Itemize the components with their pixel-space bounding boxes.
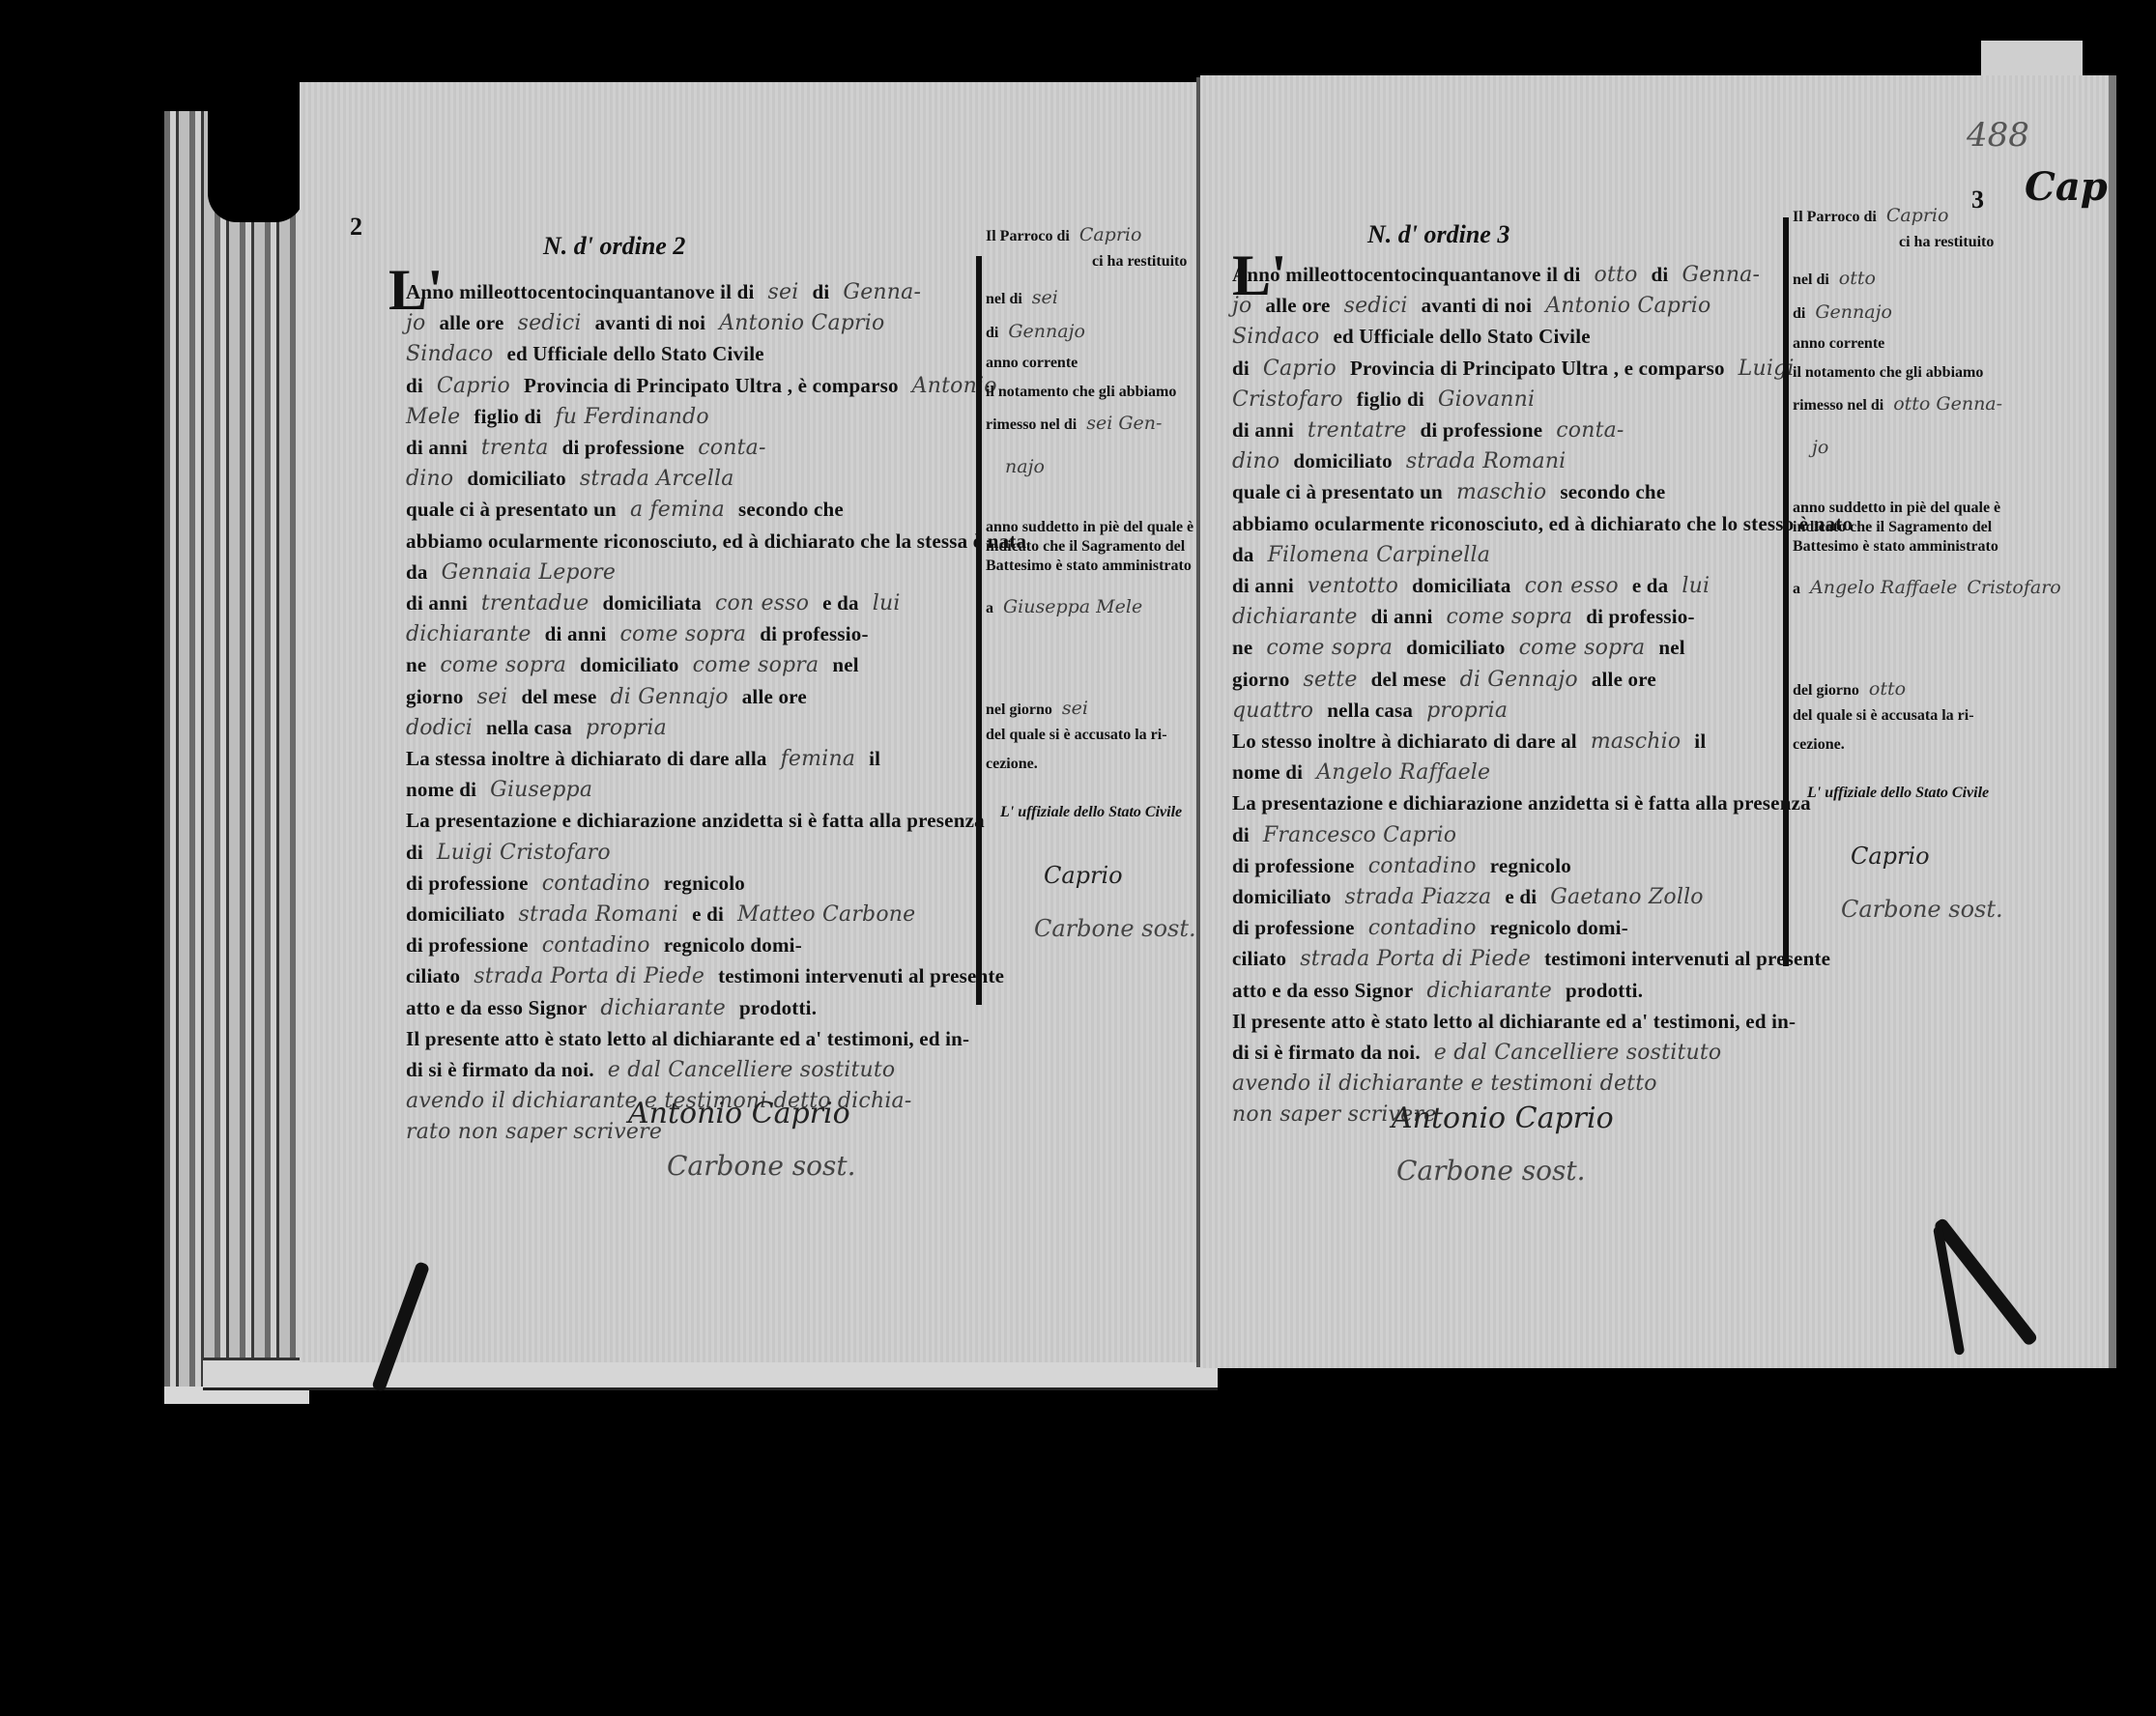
printed-text: ci ha restituito (1899, 234, 1994, 250)
printed-text: alle ore (439, 311, 503, 334)
record-line: di annitrentadi professioneconta- (406, 436, 971, 460)
right-folio-ink: Cap (2025, 164, 2108, 210)
side-column-line: del quale si è accusata la ri- (1793, 707, 1984, 725)
side-column-line: anno suddetto in piè del quale è (1793, 500, 2010, 517)
side-column-line: ci ha restituito (1092, 253, 1196, 271)
record-line: nome diGiuseppa (406, 778, 971, 802)
right-folio-pencil: 488 (1967, 116, 2029, 155)
record-line: joalle oresediciavanti di noiAntonio Cap… (1232, 294, 1778, 318)
printed-text: di (1232, 357, 1250, 380)
handwritten-entry: contadino (1368, 854, 1477, 878)
handwritten-entry: come sopra (440, 653, 566, 677)
printed-text: Provincia di Principato Ultra , è compar… (524, 374, 899, 397)
printed-text: atto e da esso Signor (1232, 979, 1413, 1002)
printed-text: di si è firmato da noi. (406, 1058, 594, 1081)
handwritten-entry: conta- (1556, 418, 1624, 443)
handwritten-entry: otto (1839, 268, 1876, 289)
side-column-line: nel disei (986, 287, 1068, 308)
record-line: di si è firmato da noi.e dal Cancelliere… (406, 1058, 971, 1082)
printed-text: di professione (406, 933, 529, 957)
side-column-line: najo (1005, 456, 1054, 477)
printed-text: di professione (562, 436, 685, 459)
printed-text: di anni (406, 436, 468, 459)
handwritten-entry: trentatre (1308, 418, 1407, 443)
printed-text: nella casa (1327, 699, 1413, 722)
handwritten-entry: di Gennajo (1460, 668, 1578, 692)
printed-text: da (406, 560, 428, 584)
record-line: Anno milleottocentocinquantanove il diot… (1232, 263, 1778, 287)
printed-text: a (1793, 581, 1800, 597)
left-page-number: 2 (350, 213, 362, 242)
handwritten-entry: najo (1005, 456, 1045, 477)
printed-text: La presentazione e dichiarazione anzidet… (406, 809, 985, 832)
printed-text: indicato che il Sagramento del (986, 538, 1185, 555)
handwritten-entry: con esso (715, 591, 809, 615)
printed-text: di (1652, 263, 1669, 286)
handwritten-entry: con esso (1525, 574, 1619, 598)
right-signature-cancelliere: Carbone sost. (1396, 1155, 1586, 1187)
printed-text: Il presente atto è stato letto al dichia… (1232, 1010, 1796, 1033)
handwritten-entry: di Gennajo (611, 685, 729, 709)
record-line: ciliatostrada Porta di Piedetestimoni in… (406, 964, 971, 988)
handwritten-entry: strada Porta di Piede (1300, 947, 1531, 971)
handwritten-entry: fu Ferdinando (555, 405, 708, 429)
printed-text: domiciliato (1232, 885, 1332, 908)
side-column-line: del quale si è accusato la ri- (986, 727, 1177, 744)
printed-text: il (1694, 729, 1706, 753)
printed-text: anno corrente (1793, 335, 1884, 352)
handwritten-entry: Caprio (1263, 357, 1337, 381)
side-column-line: anno corrente (1793, 335, 1894, 353)
handwritten-entry: sei (1032, 287, 1058, 308)
handwritten-entry: Sindaco (1232, 325, 1319, 349)
right-order-number: N. d' ordine 3 (1367, 220, 1509, 249)
record-line: domiciliatostrada Piazzae diGaetano Zoll… (1232, 885, 1778, 909)
record-line: diLuigi Cristofaro (406, 841, 971, 865)
printed-text: domiciliato (467, 467, 566, 490)
printed-text: anno suddetto in piè del quale è (986, 519, 1193, 535)
handwritten-entry: rato non saper scrivere (406, 1120, 662, 1144)
side-column-line: indicato che il Sagramento del (1793, 519, 2001, 536)
record-line: Il presente atto è stato letto al dichia… (1232, 1010, 1778, 1034)
side-column-line: diGennajo (1793, 301, 1902, 323)
handwritten-entry: Angelo Raffaele (1316, 760, 1490, 785)
printed-text: quale ci à presentato un (406, 498, 617, 521)
handwritten-entry: Gaetano Zollo (1550, 885, 1704, 909)
printed-text: di (813, 280, 830, 303)
record-line: La stessa inoltre à dichiarato di dare a… (406, 747, 971, 771)
printed-text: L' uffiziale dello Stato Civile (1807, 785, 1989, 801)
printed-text: domiciliata (602, 591, 702, 615)
printed-text: indicato che il Sagramento del (1793, 519, 1992, 535)
printed-text: secondo che (738, 498, 844, 521)
handwritten-entry: sei (768, 280, 799, 304)
handwritten-entry: conta- (698, 436, 765, 460)
handwritten-entry: contadino (542, 872, 650, 896)
handwritten-entry: sette (1304, 668, 1358, 692)
handwritten-entry: e dal Cancelliere sostituto (608, 1058, 896, 1082)
printed-text: di anni (1232, 574, 1294, 597)
printed-text: atto e da esso Signor (406, 996, 587, 1019)
handwritten-entry: strada Piazza (1345, 885, 1492, 909)
record-line: di professionecontadinoregnicolo (406, 872, 971, 896)
printed-text: prodotti. (739, 996, 817, 1019)
left-column-divider (976, 256, 982, 1005)
record-line: Cristofarofiglio diGiovanni (1232, 387, 1778, 412)
record-line: dichiarantedi annicome sopradi professio… (1232, 605, 1778, 629)
printed-text: di anni (1371, 605, 1433, 628)
printed-text: La presentazione e dichiarazione anzidet… (1232, 791, 1811, 815)
printed-text: il (869, 747, 880, 770)
side-signature: Carbone sost. (1841, 896, 2003, 923)
handwritten-entry: avendo il dichiarante e testimoni detto (1232, 1072, 1657, 1096)
side-column-line: Il Parroco diCaprio (986, 224, 1151, 245)
record-line: Anno milleottocentocinquantanove il dise… (406, 280, 971, 304)
printed-text: di si è firmato da noi. (1232, 1041, 1421, 1064)
printed-text: e di (1505, 885, 1537, 908)
handwritten-entry: contadino (1368, 916, 1477, 940)
handwritten-entry: Gennaia Lepore (442, 560, 617, 585)
handwritten-entry: dichiarante (406, 622, 532, 646)
printed-text: ed Ufficiale dello Stato Civile (1333, 325, 1590, 348)
page-tab (1981, 41, 2083, 79)
record-line: dinodomiciliatostrada Romani (1232, 449, 1778, 473)
handwritten-entry: Antonio (912, 374, 997, 398)
printed-text: secondo che (1560, 480, 1665, 503)
printed-text: domiciliato (406, 902, 505, 926)
handwritten-entry: sedici (518, 311, 582, 335)
printed-text: prodotti. (1566, 979, 1643, 1002)
printed-text: di professione (1232, 854, 1355, 877)
handwritten-entry: Luigi Cristofaro (437, 841, 611, 865)
printed-text: figlio di (1357, 387, 1424, 411)
printed-text: di professione (1232, 916, 1355, 939)
printed-text: di (1793, 305, 1805, 322)
handwritten-entry: propria (586, 716, 667, 740)
left-signature-sindaco: Antonio Caprio (628, 1097, 850, 1130)
record-line: domiciliatostrada Romanie diMatteo Carbo… (406, 902, 971, 927)
printed-text: avanti di noi (1422, 294, 1533, 317)
handwritten-entry: Genna- (1682, 263, 1760, 287)
printed-text: quale ci à presentato un (1232, 480, 1443, 503)
side-column-line: Battesimo è stato amministrato (986, 558, 1201, 575)
side-signature: Carbone sost. (1034, 915, 1196, 942)
handwritten-entry: dino (406, 467, 453, 491)
printed-text: di (406, 841, 423, 864)
printed-text: ciliato (406, 964, 460, 987)
handwritten-entry: Gennajo (1815, 301, 1892, 323)
handwritten-entry: come sopra (693, 653, 819, 677)
handwritten-entry: Antonio Caprio (719, 311, 884, 335)
printed-text: di anni (406, 591, 468, 615)
printed-text: domiciliato (1293, 449, 1393, 472)
record-line: dinodomiciliatostrada Arcella (406, 467, 971, 491)
printed-text: nella casa (486, 716, 572, 739)
handwritten-entry: propria (1426, 699, 1508, 723)
printed-text: alle ore (1265, 294, 1330, 317)
side-column-line: cezione. (1793, 736, 1854, 754)
handwritten-entry: lui (873, 591, 901, 615)
printed-text: domiciliata (1412, 574, 1511, 597)
side-column-line: anno corrente (986, 355, 1087, 372)
handwritten-entry: Genna- (843, 280, 921, 304)
printed-text: di professio- (1586, 605, 1694, 628)
handwritten-entry: Matteo Carbone (737, 902, 915, 927)
printed-text: cezione. (986, 756, 1038, 772)
printed-text: rimesso nel di (1793, 397, 1883, 414)
printed-text: abbiamo ocularmente riconosciuto, ed à d… (1232, 512, 1853, 535)
printed-text: di professione (1421, 418, 1543, 442)
printed-text: del quale si è accusato la ri- (986, 727, 1167, 743)
handwritten-entry: a femina (630, 498, 725, 522)
printed-text: alle ore (1592, 668, 1656, 691)
printed-text: testimoni intervenuti al presente (718, 964, 1004, 987)
handwritten-entry: Caprio (1886, 205, 1949, 226)
handwritten-entry: e dal Cancelliere sostituto (1434, 1041, 1722, 1065)
printed-text: di professione (406, 872, 529, 895)
handwritten-entry: lui (1682, 574, 1710, 598)
printed-text: nel di (986, 291, 1022, 307)
printed-text: ciliato (1232, 947, 1286, 970)
printed-text: giorno (406, 685, 464, 708)
side-column-line: Il Parroco diCaprio (1793, 205, 1958, 226)
book-bottom-edge (203, 1358, 1218, 1390)
printed-text: di anni (545, 622, 607, 645)
printed-text: del giorno (1793, 682, 1859, 699)
record-line: Il presente atto è stato letto al dichia… (406, 1027, 971, 1051)
printed-text: domiciliato (1406, 636, 1506, 659)
printed-text: anno corrente (986, 355, 1078, 371)
side-column-line: del giornootto (1793, 678, 1915, 700)
printed-text: Provincia di Principato Ultra , e compar… (1350, 357, 1725, 380)
right-signature-sindaco: Antonio Caprio (1392, 1101, 1614, 1135)
handwritten-entry: quattro (1232, 699, 1313, 723)
printed-text: ci ha restituito (1092, 253, 1187, 270)
printed-text: del mese (1371, 668, 1447, 691)
handwritten-entry: dichiarante (600, 996, 726, 1020)
handwritten-entry: come sopra (1446, 605, 1572, 629)
handwritten-entry: dichiarante (1426, 979, 1552, 1003)
printed-text: giorno (1232, 668, 1290, 691)
handwritten-entry: Antonio Caprio (1545, 294, 1710, 318)
printed-text: Lo stesso inoltre à dichiarato di dare a… (1232, 729, 1577, 753)
printed-text: nel (832, 653, 858, 676)
printed-text: Anno milleottocentocinquantanove il di (406, 280, 755, 303)
printed-text: di (1232, 823, 1250, 846)
side-column-line: jo (1812, 437, 1838, 458)
printed-text: e di (692, 902, 724, 926)
record-line: joalle oresediciavanti di noiAntonio Cap… (406, 311, 971, 335)
handwritten-entry: otto Genna- (1893, 393, 2002, 415)
side-column-line: cezione. (986, 756, 1048, 773)
handwritten-entry: Francesco Caprio (1263, 823, 1456, 847)
handwritten-entry: sedici (1344, 294, 1408, 318)
record-line: daGennaia Lepore (406, 560, 971, 585)
printed-text: e da (1632, 574, 1669, 597)
side-column-line: diGennajo (986, 321, 1095, 342)
printed-text: regnicolo (664, 872, 745, 895)
record-line: necome sopradomiciliatocome sopranel (1232, 636, 1778, 660)
printed-text: L' uffiziale dello Stato Civile (1000, 804, 1182, 820)
handwritten-entry: strada Porta di Piede (474, 964, 704, 988)
side-column-line: indicato che il Sagramento del (986, 538, 1194, 556)
printed-text: Battesimo è stato amministrato (986, 558, 1192, 574)
handwritten-entry: trenta (481, 436, 549, 460)
record-line: Lo stesso inoltre à dichiarato di dare a… (1232, 729, 1778, 754)
printed-text: nel giorno (986, 701, 1052, 718)
handwritten-entry: Gennajo (1008, 321, 1085, 342)
printed-text: di anni (1232, 418, 1294, 442)
record-line: giornoseidel mesedi Gennajoalle ore (406, 685, 971, 709)
printed-text: ne (1232, 636, 1252, 659)
printed-text: ne (406, 653, 426, 676)
printed-text: il notamento che gli abbiamo (1793, 364, 1983, 381)
record-line: quattronella casapropria (1232, 699, 1778, 723)
printed-text: cezione. (1793, 736, 1845, 753)
side-column-line: ci ha restituito (1899, 234, 2003, 251)
left-order-number: N. d' ordine 2 (543, 232, 685, 261)
record-line: Sindacoed Ufficiale dello Stato Civile (406, 342, 971, 366)
record-line: quale ci à presentato unmaschiosecondo c… (1232, 480, 1778, 504)
record-line: di anniventottodomiciliatacon essoe dalu… (1232, 574, 1778, 598)
printed-text: a (986, 600, 993, 616)
printed-text: del mese (522, 685, 597, 708)
printed-text: Il Parroco di (986, 228, 1070, 244)
record-line: abbiamo ocularmente riconosciuto, ed à d… (406, 529, 971, 554)
handwritten-entry: ventotto (1308, 574, 1398, 598)
right-column-divider (1783, 217, 1789, 966)
side-column-line: Battesimo è stato amministrato (1793, 538, 2008, 556)
handwritten-entry: sei Gen- (1086, 413, 1162, 434)
record-line: necome sopradomiciliatocome sopranel (406, 653, 971, 677)
record-line: La presentazione e dichiarazione anzidet… (406, 809, 971, 833)
side-column-line: il notamento che gli abbiamo (1793, 364, 1993, 382)
handwritten-entry: Caprio (437, 374, 510, 398)
side-column-line: rimesso nel diotto Genna- (1793, 393, 2012, 415)
side-column-line: il notamento che gli abbiamo (986, 384, 1186, 401)
printed-text: Anno milleottocentocinquantanove il di (1232, 263, 1581, 286)
printed-text: da (1232, 543, 1254, 566)
record-line: di professionecontadinoregnicolo domi- (1232, 916, 1778, 940)
record-line: Sindacoed Ufficiale dello Stato Civile (1232, 325, 1778, 349)
handwritten-entry: Giuseppa (490, 778, 592, 802)
record-line: di professionecontadinoregnicolo domi- (406, 933, 971, 958)
record-line: ciliatostrada Porta di Piedetestimoni in… (1232, 947, 1778, 971)
handwritten-entry: otto (1595, 263, 1638, 287)
handwritten-entry: Sindaco (406, 342, 493, 366)
handwritten-entry: maschio (1591, 729, 1681, 754)
printed-text: ed Ufficiale dello Stato Civile (506, 342, 763, 365)
record-line: La presentazione e dichiarazione anzidet… (1232, 791, 1778, 815)
printed-text: nel di (1793, 272, 1829, 288)
side-signature: Caprio (1044, 862, 1123, 889)
record-line: Melefiglio difu Ferdinando (406, 405, 971, 429)
handwritten-entry: Cristofaro (1232, 387, 1343, 412)
record-line: daFilomena Carpinella (1232, 543, 1778, 567)
handwritten-entry: Cristofaro (1967, 577, 2060, 598)
printed-text: nel (1658, 636, 1684, 659)
record-line: di annitrentaduedomiciliatacon essoe dal… (406, 591, 971, 615)
record-line: giornosettedel mesedi Gennajoalle ore (1232, 668, 1778, 692)
side-column-line: L' uffiziale dello Stato Civile (1000, 804, 1192, 821)
printed-text: domiciliato (580, 653, 679, 676)
printed-text: di (406, 374, 423, 397)
handwritten-entry: Caprio (1079, 224, 1142, 245)
side-column-line: aGiuseppa Mele (986, 596, 1152, 617)
record-line: quale ci à presentato una feminasecondo … (406, 498, 971, 522)
handwritten-entry: dino (1232, 449, 1279, 473)
record-line: diCaprioProvincia di Principato Ultra , … (1232, 357, 1778, 381)
handwritten-entry: contadino (542, 933, 650, 958)
handwritten-entry: Giuseppa Mele (1003, 596, 1142, 617)
side-column-line: nel giornosei (986, 698, 1098, 719)
record-line: diCaprioProvincia di Principato Ultra , … (406, 374, 971, 398)
printed-text: abbiamo ocularmente riconosciuto, ed à d… (406, 529, 1026, 553)
printed-text: alle ore (742, 685, 807, 708)
handwritten-entry: strada Arcella (580, 467, 734, 491)
book-page-stack (164, 111, 309, 1404)
handwritten-entry: dodici (406, 716, 473, 740)
printed-text: nome di (406, 778, 476, 801)
record-line: di si è firmato da noi.e dal Cancelliere… (1232, 1041, 1778, 1065)
printed-text: regnicolo domi- (1490, 916, 1628, 939)
record-line: diFrancesco Caprio (1232, 823, 1778, 847)
handwritten-entry: Angelo Raffaele (1810, 577, 1957, 598)
handwritten-entry: sei (1062, 698, 1088, 719)
record-line: dodicinella casapropria (406, 716, 971, 740)
printed-text: Il presente atto è stato letto al dichia… (406, 1027, 969, 1050)
printed-text: e da (822, 591, 859, 615)
printed-text: rimesso nel di (986, 416, 1077, 433)
printed-text: Battesimo è stato amministrato (1793, 538, 1998, 555)
record-line: nome diAngelo Raffaele (1232, 760, 1778, 785)
printed-text: nome di (1232, 760, 1303, 784)
handwritten-entry: trentadue (481, 591, 589, 615)
record-line: avendo il dichiarante e testimoni detto (1232, 1072, 1778, 1096)
handwritten-entry: Giovanni (1438, 387, 1535, 412)
handwritten-entry: otto (1869, 678, 1906, 700)
book-edge-shadow (208, 106, 304, 222)
handwritten-entry: jo (1232, 294, 1251, 318)
handwritten-entry: come sopra (1519, 636, 1646, 660)
record-line: di annitrentatredi professioneconta- (1232, 418, 1778, 443)
record-line: atto e da esso Signordichiaranteprodotti… (406, 996, 971, 1020)
side-column-line: anno suddetto in piè del quale è (986, 519, 1203, 536)
side-column-line: nel diotto (1793, 268, 1885, 289)
handwritten-entry: femina (781, 747, 856, 771)
record-line: di professionecontadinoregnicolo (1232, 854, 1778, 878)
printed-text: di (986, 325, 998, 341)
side-column-line: aAngelo RaffaeleCristofaro (1793, 577, 2071, 598)
side-signature: Caprio (1851, 843, 1930, 870)
side-column-line: L' uffiziale dello Stato Civile (1807, 785, 1998, 802)
printed-text: avanti di noi (595, 311, 706, 334)
printed-text: regnicolo domi- (664, 933, 802, 957)
handwritten-entry: strada Romani (1406, 449, 1567, 473)
handwritten-entry: Mele (406, 405, 460, 429)
handwritten-entry: jo (1812, 437, 1828, 458)
handwritten-entry: come sopra (1266, 636, 1393, 660)
record-line: dichiarantedi annicome sopradi professio… (406, 622, 971, 646)
printed-text: regnicolo (1490, 854, 1571, 877)
handwritten-entry: maschio (1456, 480, 1546, 504)
printed-text: il notamento che gli abbiamo (986, 384, 1176, 400)
printed-text: Il Parroco di (1793, 209, 1877, 225)
printed-text: di professio- (760, 622, 868, 645)
handwritten-entry: come sopra (619, 622, 746, 646)
record-line: abbiamo ocularmente riconosciuto, ed à d… (1232, 512, 1778, 536)
right-page-number: 3 (1971, 186, 1984, 214)
